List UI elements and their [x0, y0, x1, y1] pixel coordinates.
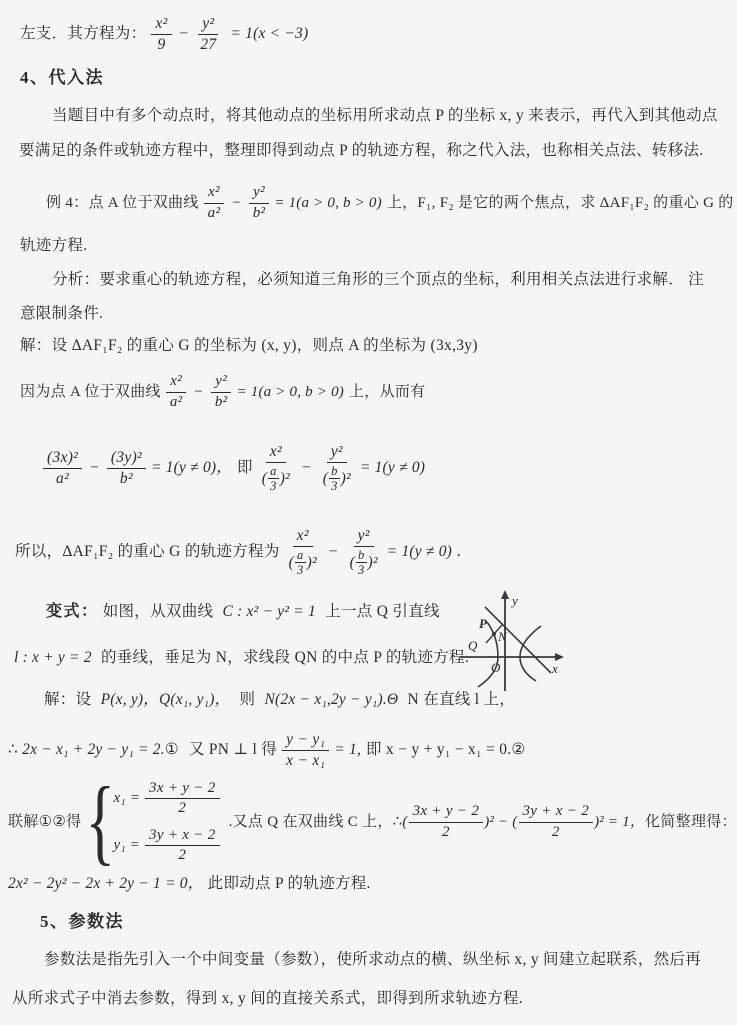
fraction-y2-over-b3: y² ( b 3 )²: [319, 443, 355, 494]
left-paren: (: [262, 470, 267, 488]
denominator: 3: [295, 563, 306, 577]
origin-label: O: [491, 660, 501, 675]
document-page: 左支．其方程为： x² 9 − y² 27 = 1(x < −3) 4、代入法 …: [0, 0, 737, 1025]
equals-one: = 1,: [334, 740, 361, 759]
fraction-3y2-b2: (3y)² b²: [107, 449, 146, 488]
variation-text-b: 上一点 Q 引直线: [325, 600, 440, 624]
then-text: 则: [240, 688, 256, 712]
numerator: x²: [204, 184, 224, 203]
denominator: 2: [438, 823, 454, 841]
right-paren-squared: )²: [307, 554, 317, 572]
fraction-sub-a: 3x + y − 2 2: [409, 803, 484, 841]
solve-system-text: 联解①②得: [8, 813, 81, 832]
left-paren: (: [323, 470, 328, 488]
x-axis-arrow: [555, 653, 564, 661]
substitute-text: .又点 Q 在双曲线 C 上，: [229, 813, 393, 832]
points-PQ: P(x, y)，Q(x₁, y₁)，: [101, 688, 231, 712]
section5-paragraph-line2: 从所求式子中消去参数，得到 x, y 间的直接关系式，即得到所求轨迹方程.: [12, 987, 523, 1011]
intro-text: 左支．其方程为：: [20, 24, 146, 43]
inner-fraction-a-3: a 3: [295, 548, 306, 578]
fraction-y2-27: y² 27: [196, 15, 220, 54]
minus-sign: −: [301, 458, 312, 477]
denominator: 3: [356, 563, 367, 577]
left-brace: {: [85, 774, 115, 870]
right-paren-squared: )²: [368, 554, 378, 572]
equation-condition: = 1(y ≠ 0) ．: [387, 542, 472, 561]
inner-fraction-b-3: b 3: [356, 548, 367, 578]
fraction-slope: y − y₁ x − x₁: [282, 731, 329, 770]
x1-equals: x₁ =: [113, 789, 140, 808]
numerator: 3x + y − 2: [145, 780, 220, 799]
section5-paragraph-line1: 参数法是指先引入一个中间变量（参数），使所求动点的横、纵坐标 x, y 间建立起…: [44, 948, 701, 972]
equation-condition: = 1(y ≠ 0): [360, 458, 425, 477]
denominator: 2: [174, 799, 190, 817]
denominator: a²: [166, 393, 187, 411]
denominator: 3: [268, 479, 279, 493]
system-equations: x₁ = 3x + y − 2 2 y₁ = 3y + x − 2 2: [113, 780, 224, 864]
hyperbola-equation: C : x² − y² = 1: [223, 600, 316, 624]
denominator: 3: [329, 479, 340, 493]
derived-equation-line: (3x)² a² − (3y)² b² = 1(y ≠ 0)， 即 x² ( a…: [38, 430, 425, 506]
perpendicular-text: 又 PN ⊥ l 得: [189, 740, 277, 759]
because-tail: 上，从而有: [349, 383, 426, 402]
denominator: a²: [52, 469, 73, 488]
numerator: b: [329, 464, 340, 479]
point-N-label: N: [497, 629, 508, 644]
section4-heading: 4、代入法: [20, 66, 104, 90]
on-line-text: N 在直线 l 上，: [408, 688, 516, 712]
fraction-x2-9: x² 9: [151, 15, 171, 54]
hyperbola-left-branch: [478, 622, 498, 687]
result-text: 此即动点 P 的轨迹方程.: [208, 872, 371, 896]
numerator: y²: [249, 184, 269, 203]
system-row-x1: x₁ = 3x + y − 2 2: [113, 780, 224, 818]
variation-label: 变式：: [46, 600, 99, 624]
denominator: b²: [211, 393, 232, 411]
variation-solution-line: 解：设 P(x, y)，Q(x₁, y₁)， 则 N(2x − x₁,2y − …: [44, 688, 515, 712]
numerator: 3y + x − 2: [145, 827, 220, 846]
numerator: y²: [354, 527, 374, 547]
solution-setup-line: 解：设 ΔAF₁F₂ 的重心 G 的坐标为 (x, y)，则点 A 的坐标为 (…: [20, 334, 478, 358]
minus-sign: −: [231, 194, 241, 213]
variation-text-c: 的垂线，垂足为 N，求线段 QN 的中点 P 的轨迹方程.: [101, 646, 469, 670]
conclusion-line: 所以，ΔAF₁F₂ 的重心 G 的轨迹方程为 x² ( a 3 )² − y² …: [15, 514, 472, 590]
point-P-dot: [492, 632, 496, 636]
numerator: y − y₁: [282, 731, 329, 751]
fraction-y1: 3y + x − 2 2: [145, 827, 220, 865]
variation-line2: l : x + y = 2 的垂线，垂足为 N，求线段 QN 的中点 P 的轨迹…: [14, 646, 469, 670]
result-equation: 2x² − 2y² − 2x + 2y − 1 = 0，: [8, 872, 203, 896]
example4-tail2: 轨迹方程.: [20, 234, 87, 258]
inner-fraction-a-3: a 3: [268, 464, 279, 494]
example4-lead: 例 4：点 A 位于双曲线: [46, 194, 199, 213]
denominator: 2: [548, 823, 564, 841]
result-line: 2x² − 2y² − 2x + 2y − 1 = 0， 此即动点 P 的轨迹方…: [8, 872, 371, 896]
denominator: ( a 3 )²: [285, 547, 321, 578]
conclusion-lead: 所以，ΔAF₁F₂ 的重心 G 的轨迹方程为: [15, 542, 280, 561]
numerator: 3y + x − 2: [519, 803, 594, 822]
numerator: y²: [211, 373, 231, 392]
hyperbola-figure: y x O P N Q: [458, 588, 630, 703]
equation-condition: = 1(y ≠ 0)，: [151, 458, 232, 477]
because-condition: = 1(a > 0, b > 0): [236, 383, 344, 402]
inner-fraction-b-3: b 3: [329, 464, 340, 494]
minus-sign: −: [193, 383, 203, 402]
numerator: x²: [293, 527, 313, 547]
numerator: x²: [166, 373, 186, 392]
numerator: b: [356, 548, 367, 563]
minus-sign: −: [179, 24, 190, 43]
analysis-line1: 分析：要求重心的轨迹方程，必须知道三角形的三个顶点的坐标，利用相关点法进行求解．…: [52, 268, 704, 292]
fraction-y2-over-b3: y² ( b 3 )²: [346, 527, 382, 578]
numerator: 3x + y − 2: [409, 803, 484, 822]
system-row-y1: y₁ = 3y + x − 2 2: [113, 827, 224, 865]
denominator: x − x₁: [282, 751, 329, 770]
fraction-y2-b2: y² b²: [249, 184, 270, 222]
denominator: 9: [153, 35, 169, 54]
y1-equals: y₁ =: [113, 836, 140, 855]
solve-label: 解：设: [44, 688, 91, 712]
variation-line1: 变式： 如图，从双曲线 C : x² − y² = 1 上一点 Q 引直线: [46, 600, 440, 624]
minus-sign: −: [328, 542, 339, 561]
y-axis-arrow: [501, 590, 509, 599]
simplify-text: 化简整理得：: [645, 813, 737, 832]
denominator: 27: [196, 35, 220, 54]
example4-condition: = 1(a > 0, b > 0): [274, 194, 382, 213]
denominator: ( a 3 )²: [258, 463, 294, 494]
x-axis-label: x: [551, 661, 558, 676]
analysis-line2: 意限制条件.: [20, 302, 103, 326]
equals-one-text: )² = 1，: [594, 813, 645, 832]
line-l-equation: l : x + y = 2: [14, 646, 92, 670]
step2-line: 联解①②得 { x₁ = 3x + y − 2 2 y₁ = 3y + x − …: [8, 778, 737, 866]
y-axis-label: y: [510, 593, 518, 608]
section4-paragraph-line2: 要满足的条件或轨迹方程中，整理即得到动点 P 的轨迹方程，称之代入法，也称相关点…: [19, 139, 703, 163]
equation-condition: = 1(x < −3): [230, 24, 308, 43]
denominator: ( b 3 )²: [346, 547, 382, 578]
right-paren-squared: )²: [280, 470, 290, 488]
example4-line: 例 4：点 A 位于双曲线 x² a² − y² b² = 1(a > 0, b…: [46, 176, 734, 230]
left-paren: (: [289, 554, 294, 572]
point-N-coords: N(2x − x₁,2y − y₁).Θ: [265, 688, 399, 712]
section4-paragraph-line1: 当题目中有多个动点时，将其他动点的坐标用所求动点 P 的坐标 x, y 来表示，…: [52, 104, 718, 128]
intro-equation-line: 左支．其方程为： x² 9 − y² 27 = 1(x < −3): [20, 8, 308, 60]
squared-minus-paren: )² − (: [484, 813, 517, 832]
denominator: a²: [204, 204, 225, 222]
numerator: (3y)²: [107, 449, 146, 469]
numerator: y²: [198, 15, 218, 35]
right-paren-squared: )²: [341, 470, 351, 488]
section5-heading: 5、参数法: [40, 910, 124, 934]
fraction-x2-a2: x² a²: [204, 184, 225, 222]
example4-tail: 上，F₁, F₂ 是它的两个焦点，求 ΔAF₁F₂ 的重心 G 的: [387, 194, 734, 213]
fraction-x2-over-a3: x² ( a 3 )²: [258, 443, 294, 494]
denominator: b²: [116, 469, 137, 488]
step1-line: ∴ 2x − x₁ + 2y − y₁ = 2.① 又 PN ⊥ l 得 y −…: [8, 724, 526, 776]
fraction-x1: 3x + y − 2 2: [145, 780, 220, 818]
fraction-x2-over-a3: x² ( a 3 )²: [285, 527, 321, 578]
numerator: y²: [327, 443, 347, 463]
point-P-label: P: [479, 616, 488, 631]
numerator: x²: [151, 15, 171, 35]
denominator: b²: [249, 204, 270, 222]
numerator: a: [295, 548, 306, 563]
ie-text: 即: [237, 458, 253, 477]
equation-system: { x₁ = 3x + y − 2 2 y₁ = 3y + x − 2 2: [85, 780, 224, 864]
variation-text-a: 如图，从双曲线: [103, 600, 214, 624]
denominator: 2: [174, 846, 190, 864]
equation-2: 即 x − y + y₁ − x₁ = 0.②: [366, 740, 526, 759]
fraction-3x2-a2: (3x)² a²: [43, 449, 82, 488]
point-Q-label: Q: [468, 638, 478, 653]
fraction-x2-a2: x² a²: [166, 373, 187, 411]
numerator: (3x)²: [43, 449, 82, 469]
minus-sign: −: [89, 458, 100, 477]
numerator: x²: [266, 443, 286, 463]
left-paren: (: [350, 554, 355, 572]
fraction-y2-b2: y² b²: [211, 373, 232, 411]
equation-1: ∴ 2x − x₁ + 2y − y₁ = 2.①: [8, 740, 179, 759]
therefore-paren: ∴(: [393, 813, 408, 832]
because-lead: 因为点 A 位于双曲线: [20, 383, 161, 402]
numerator: a: [268, 464, 279, 479]
denominator: ( b 3 )²: [319, 463, 355, 494]
fraction-sub-b: 3y + x − 2 2: [519, 803, 594, 841]
because-line: 因为点 A 位于双曲线 x² a² − y² b² = 1(a > 0, b >…: [20, 364, 426, 420]
